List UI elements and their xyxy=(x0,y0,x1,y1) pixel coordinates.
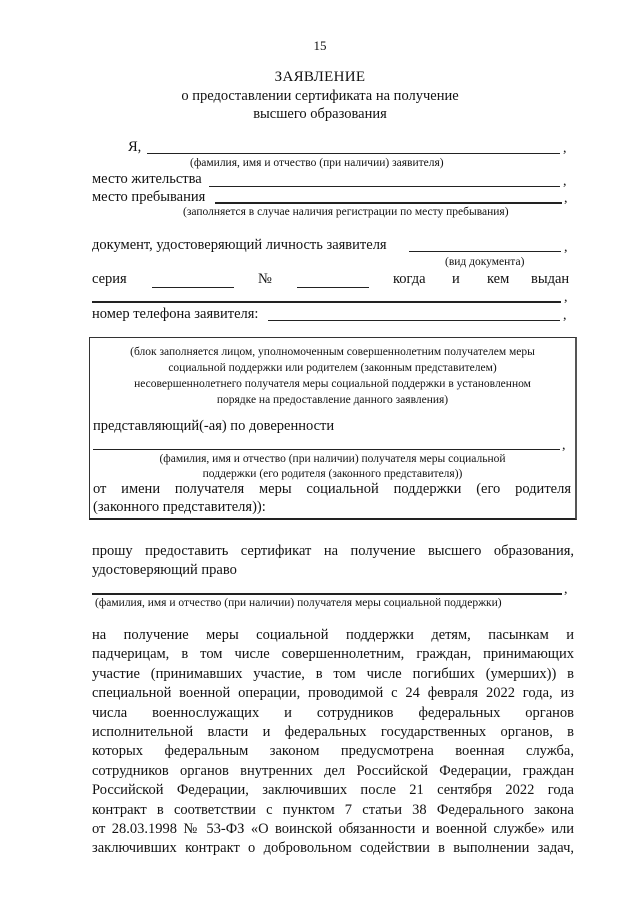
series-label: серия xyxy=(92,271,127,288)
request-line1: прошу предоставить сертификат на получен… xyxy=(92,543,574,560)
applicant-name-hint: (фамилия, имя и отчество (при наличии) з… xyxy=(190,157,444,169)
phone-field[interactable] xyxy=(268,320,560,321)
comma: , xyxy=(564,582,568,598)
body-line: падчерицам, в том числе совершеннолетним… xyxy=(92,645,574,664)
body-line: от 28.03.1998 № 53-ФЗ «О воинской обязан… xyxy=(92,820,574,839)
proxy-hint-line2: поддержки (его родителя (законного предс… xyxy=(90,468,575,480)
applicant-name-field[interactable] xyxy=(147,153,560,154)
body-paragraph: на получение меры социальной поддержки д… xyxy=(92,626,574,859)
request-line2: удостоверяющий право xyxy=(92,562,237,579)
block-note-line3: несовершеннолетнего получателя меры соци… xyxy=(90,378,575,390)
body-line: Российской Федерации, заключивших после … xyxy=(92,781,574,800)
body-line: контракт в соответствии с пунктом 7 стат… xyxy=(92,801,574,820)
on-behalf-line2: (законного представителя)): xyxy=(93,499,266,516)
recipient-name-field[interactable] xyxy=(92,593,562,595)
issued-word-when: когда xyxy=(393,271,426,288)
id-doc-type-field[interactable] xyxy=(409,251,561,252)
id-doc-label: документ, удостоверяющий личность заявит… xyxy=(92,237,387,254)
residence-field[interactable] xyxy=(209,186,560,187)
body-line: участие (принимавших участие, в том числ… xyxy=(92,665,574,684)
comma: , xyxy=(564,290,568,306)
comma: , xyxy=(563,174,567,190)
proxy-name-field[interactable] xyxy=(93,449,560,450)
i-label: Я, xyxy=(128,139,141,156)
stay-label: место пребывания xyxy=(92,189,205,206)
issued-word-and: и xyxy=(452,271,460,288)
document-subtitle-line1: о предоставлении сертификата на получени… xyxy=(0,88,640,105)
body-line: которых федеральным законом предусмотрен… xyxy=(92,742,574,761)
body-line: сотрудников органов внутренних дел Росси… xyxy=(92,762,574,781)
number-field[interactable] xyxy=(297,287,369,288)
series-field[interactable] xyxy=(152,287,234,288)
comma: , xyxy=(564,191,568,207)
recipient-hint: (фамилия, имя и отчество (при наличии) п… xyxy=(95,597,502,609)
stay-field[interactable] xyxy=(215,202,562,204)
block-note-line1: (блок заполняется лицом, уполномоченным … xyxy=(90,346,575,358)
body-line: исполнительной власти и федеральных госу… xyxy=(92,723,574,742)
id-doc-hint: (вид документа) xyxy=(445,256,524,268)
document-subtitle-line2: высшего образования xyxy=(0,106,640,123)
issued-word-by-whom: кем xyxy=(487,271,509,288)
body-line: числа военнослужащих и сотрудников федер… xyxy=(92,704,574,723)
comma: , xyxy=(564,240,568,256)
issued-word-issued: выдан xyxy=(531,271,569,288)
block-note-line2: социальной поддержки или родителем (зако… xyxy=(90,362,575,374)
stay-hint: (заполняется в случае наличия регистраци… xyxy=(183,206,509,218)
proxy-hint-line1: (фамилия, имя и отчество (при наличии) п… xyxy=(90,453,575,465)
comma: , xyxy=(563,141,567,157)
issued-by-field[interactable] xyxy=(92,301,561,303)
proxy-label: представляющий(-ая) по доверенности xyxy=(93,418,334,435)
residence-label: место жительства xyxy=(92,171,202,188)
block-note-line4: порядке на предоставление данного заявле… xyxy=(90,394,575,406)
phone-label: номер телефона заявителя: xyxy=(92,306,258,323)
body-line: на получение меры социальной поддержки д… xyxy=(92,626,574,645)
comma: , xyxy=(563,308,567,324)
comma: , xyxy=(562,438,566,454)
document-title: ЗАЯВЛЕНИЕ xyxy=(0,69,640,86)
representative-block: (блок заполняется лицом, уполномоченным … xyxy=(89,337,577,520)
body-line: заключивших контракт о добровольном соде… xyxy=(92,839,574,858)
body-line: специальной военной операции, проводимой… xyxy=(92,684,574,703)
page-number: 15 xyxy=(0,38,640,54)
on-behalf-line1: от имени получателя меры социальной подд… xyxy=(93,481,571,498)
number-label: № xyxy=(258,271,272,288)
